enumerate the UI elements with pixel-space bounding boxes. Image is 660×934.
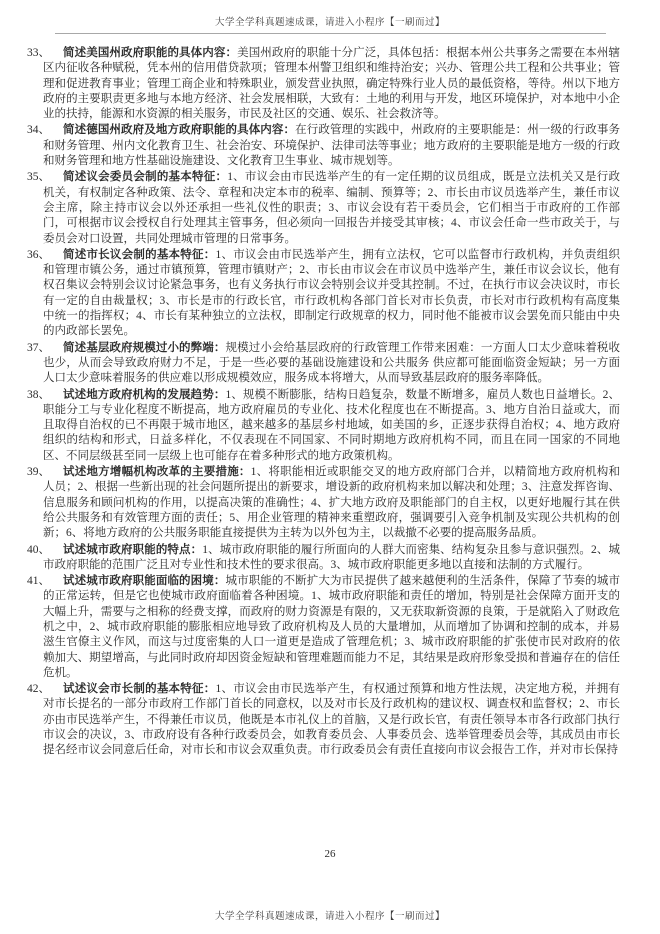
qa-item: 39、 试述地方增幅机构改革的主要措施：1、将职能相近或职能交叉的地方政府部门合… bbox=[43, 465, 620, 541]
qa-item-number: 35、 bbox=[27, 170, 50, 185]
qa-item: 41、 试述城市政府职能面临的困境：城市职能的不断扩大为市民提供了越来越便利的生… bbox=[43, 574, 620, 681]
qa-item-title: 简述基层政府规模过小的弊端： bbox=[63, 342, 226, 354]
qa-item-number: 36、 bbox=[27, 248, 50, 263]
qa-item-title: 简述德国州政府及地方政府职能的具体内容： bbox=[63, 124, 295, 136]
qa-item-body: 1、市议会由市民选举产生，拥有立法权，它可以监督市行政机构，并负责组织和管理市镇… bbox=[43, 249, 620, 337]
qa-item-title: 试述议会市长制的基本特征： bbox=[63, 683, 215, 695]
qa-item-title: 试述地方政府机构的发展趋势： bbox=[63, 389, 225, 401]
document-page: 大学全学科真题速成课，请进入小程序【一刷而过】 33、 简述美国州政府职能的具体… bbox=[0, 0, 660, 934]
qa-item-title: 简述美国州政府职能的具体内容： bbox=[63, 47, 237, 59]
qa-item-number: 39、 bbox=[27, 465, 50, 480]
qa-item-body: 城市职能的不断扩大为市民提供了越来越便利的生活条件，保障了节奏的城市的正常运转，… bbox=[43, 575, 620, 679]
qa-item: 42、 试述议会市长制的基本特征：1、市议会由市民选举产生，有权通过预算和地方性… bbox=[43, 682, 620, 758]
qa-item-title: 试述地方增幅机构改革的主要措施： bbox=[63, 466, 251, 478]
qa-item-number: 33、 bbox=[27, 46, 50, 61]
qa-item-title: 试述城市政府职能面临的困境： bbox=[63, 575, 226, 587]
qa-item-number: 34、 bbox=[27, 123, 50, 138]
qa-item: 38、 试述地方政府机构的发展趋势：1、规模不断膨胀，结构日趋复杂，数量不断增多… bbox=[43, 388, 620, 464]
qa-item-number: 37、 bbox=[27, 341, 50, 356]
qa-item-title: 简述市长议会制的基本特征： bbox=[63, 249, 215, 261]
qa-item: 34、 简述德国州政府及地方政府职能的具体内容：在行政管理的实践中，州政府的主要… bbox=[43, 123, 620, 169]
qa-item: 35、 简述议会委员会制的基本特征：1、市议会由市民选举产生的有一定任期的议员组… bbox=[43, 170, 620, 246]
qa-item-number: 42、 bbox=[27, 682, 50, 697]
qa-item-number: 41、 bbox=[27, 574, 50, 589]
qa-item: 40、 试述城市政府职能的特点：1、城市政府职能的履行所面向的人群大而密集、结构… bbox=[43, 543, 620, 574]
qa-item: 37、 简述基层政府规模过小的弊端：规模过小会给基层政府的行政管理工作带来困难：… bbox=[43, 341, 620, 387]
page-number: 26 bbox=[0, 848, 660, 860]
qa-item-number: 38、 bbox=[27, 388, 50, 403]
qa-list: 33、 简述美国州政府职能的具体内容：美国州政府的职能十分广泛，具体包括：根据本… bbox=[43, 46, 620, 760]
qa-item: 33、 简述美国州政府职能的具体内容：美国州政府的职能十分广泛，具体包括：根据本… bbox=[43, 46, 620, 122]
qa-item-number: 40、 bbox=[27, 543, 50, 558]
qa-item-title: 试述城市政府职能的特点： bbox=[63, 544, 202, 556]
qa-item-title: 简述议会委员会制的基本特征： bbox=[63, 171, 227, 183]
qa-item: 36、 简述市长议会制的基本特征：1、市议会由市民选举产生，拥有立法权，它可以监… bbox=[43, 248, 620, 340]
footer-text: 大学全学科真题速成课，请进入小程序【一刷而过】 bbox=[0, 908, 660, 922]
header-text: 大学全学科真题速成课，请进入小程序【一刷而过】 bbox=[0, 14, 660, 28]
header-divider bbox=[55, 33, 606, 34]
